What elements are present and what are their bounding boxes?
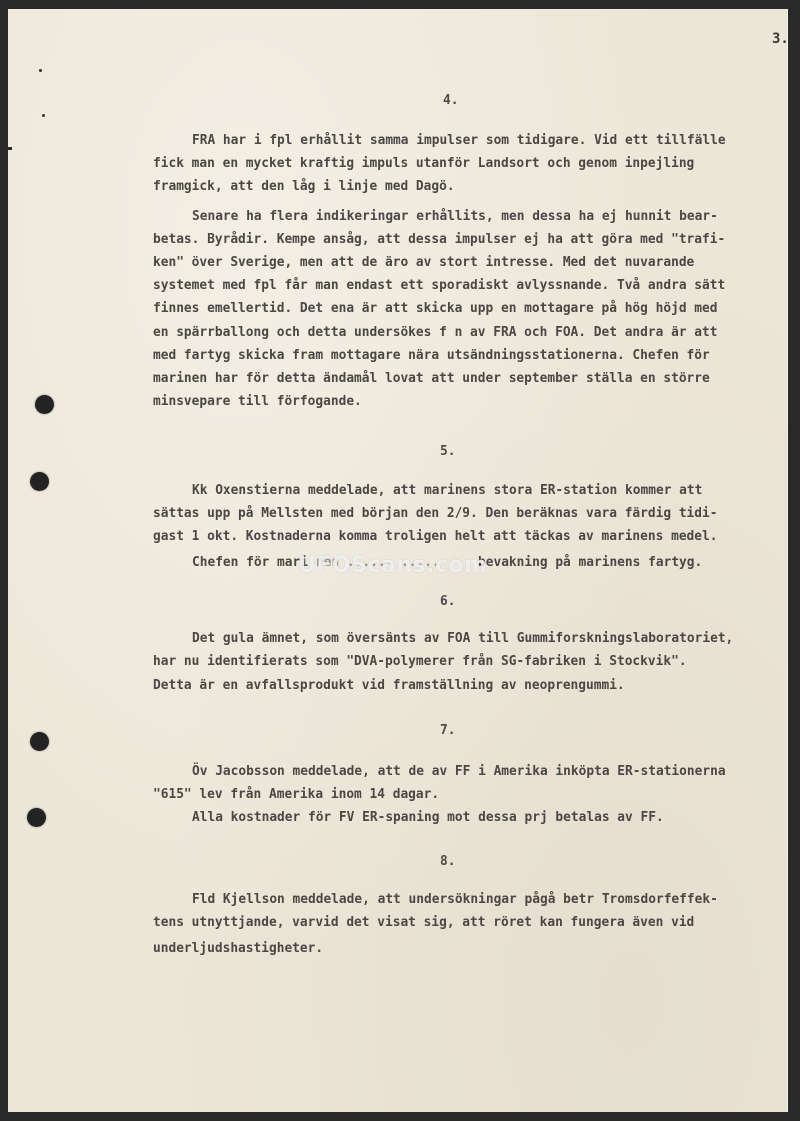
text-line: Öv Jacobsson meddelade, att de av FF i A… xyxy=(192,766,726,779)
text-line: FRA har i fpl erhållit samma impulser so… xyxy=(192,135,726,148)
text-line: bevakning på marinens fartyg. xyxy=(478,557,702,570)
text-line: har nu identifierats som "DVA-polymerer … xyxy=(153,656,687,669)
text-line: med fartyg skicka fram mottagare nära ut… xyxy=(153,350,710,363)
text-line: betas. Byrådir. Kempe ansåg, att dessa i… xyxy=(153,234,725,247)
text-line: Kk Oxenstierna meddelade, att marinens s… xyxy=(192,485,702,498)
page-number: 3. xyxy=(772,31,789,47)
text-line: underljudshastigheter. xyxy=(153,943,323,956)
text-line: tens utnyttjande, varvid det visat sig, … xyxy=(153,917,694,930)
text-line: "615" lev från Amerika inom 14 dagar. xyxy=(153,789,439,802)
section-number: 6. xyxy=(440,596,455,609)
section-number: 4. xyxy=(443,95,458,108)
section-number: 7. xyxy=(440,725,455,738)
text-line: sättas upp på Mellsten med början den 2/… xyxy=(153,508,717,521)
punch-hole-icon xyxy=(35,395,54,414)
text-line: Detta är en avfallsprodukt vid framställ… xyxy=(153,680,625,693)
text-line: marinen har för detta ändamål lovat att … xyxy=(153,373,710,386)
text-line: en spärrballong och detta undersökes f n… xyxy=(153,327,717,340)
section-number: 5. xyxy=(440,446,455,459)
punch-hole-icon xyxy=(30,732,49,751)
paper-sheet: 3. 4. FRA har i fpl erhållit samma impul… xyxy=(8,9,788,1112)
speck xyxy=(42,114,45,117)
watermark: UFOScans.com xyxy=(298,553,488,578)
speck xyxy=(39,69,42,72)
text-line: framgick, att den låg i linje med Dagö. xyxy=(153,181,455,194)
text-line: minsvepare till förfogande. xyxy=(153,396,362,409)
text-line: finnes emellertid. Det ena är att skicka… xyxy=(153,303,717,316)
text-line: Fld Kjellson meddelade, att undersökning… xyxy=(192,894,718,907)
text-line: ken" över Sverige, men att de äro av sto… xyxy=(153,257,694,270)
text-line: gast 1 okt. Kostnaderna komma troligen h… xyxy=(153,531,717,544)
scanned-document: 3. 4. FRA har i fpl erhållit samma impul… xyxy=(0,0,800,1121)
text-line: fick man en mycket kraftig impuls utanfö… xyxy=(153,158,694,171)
text-line: Alla kostnader för FV ER-spaning mot des… xyxy=(192,812,664,825)
punch-hole-icon xyxy=(27,808,46,827)
text-line: systemet med fpl får man endast ett spor… xyxy=(153,280,725,293)
punch-hole-icon xyxy=(30,472,49,491)
text-line: Det gula ämnet, som översänts av FOA til… xyxy=(192,633,733,646)
text-line: Chefen för mari xyxy=(192,557,308,570)
section-number: 8. xyxy=(440,856,455,869)
text-line: Senare ha flera indikeringar erhållits, … xyxy=(192,211,718,224)
edge-mark xyxy=(0,147,12,150)
